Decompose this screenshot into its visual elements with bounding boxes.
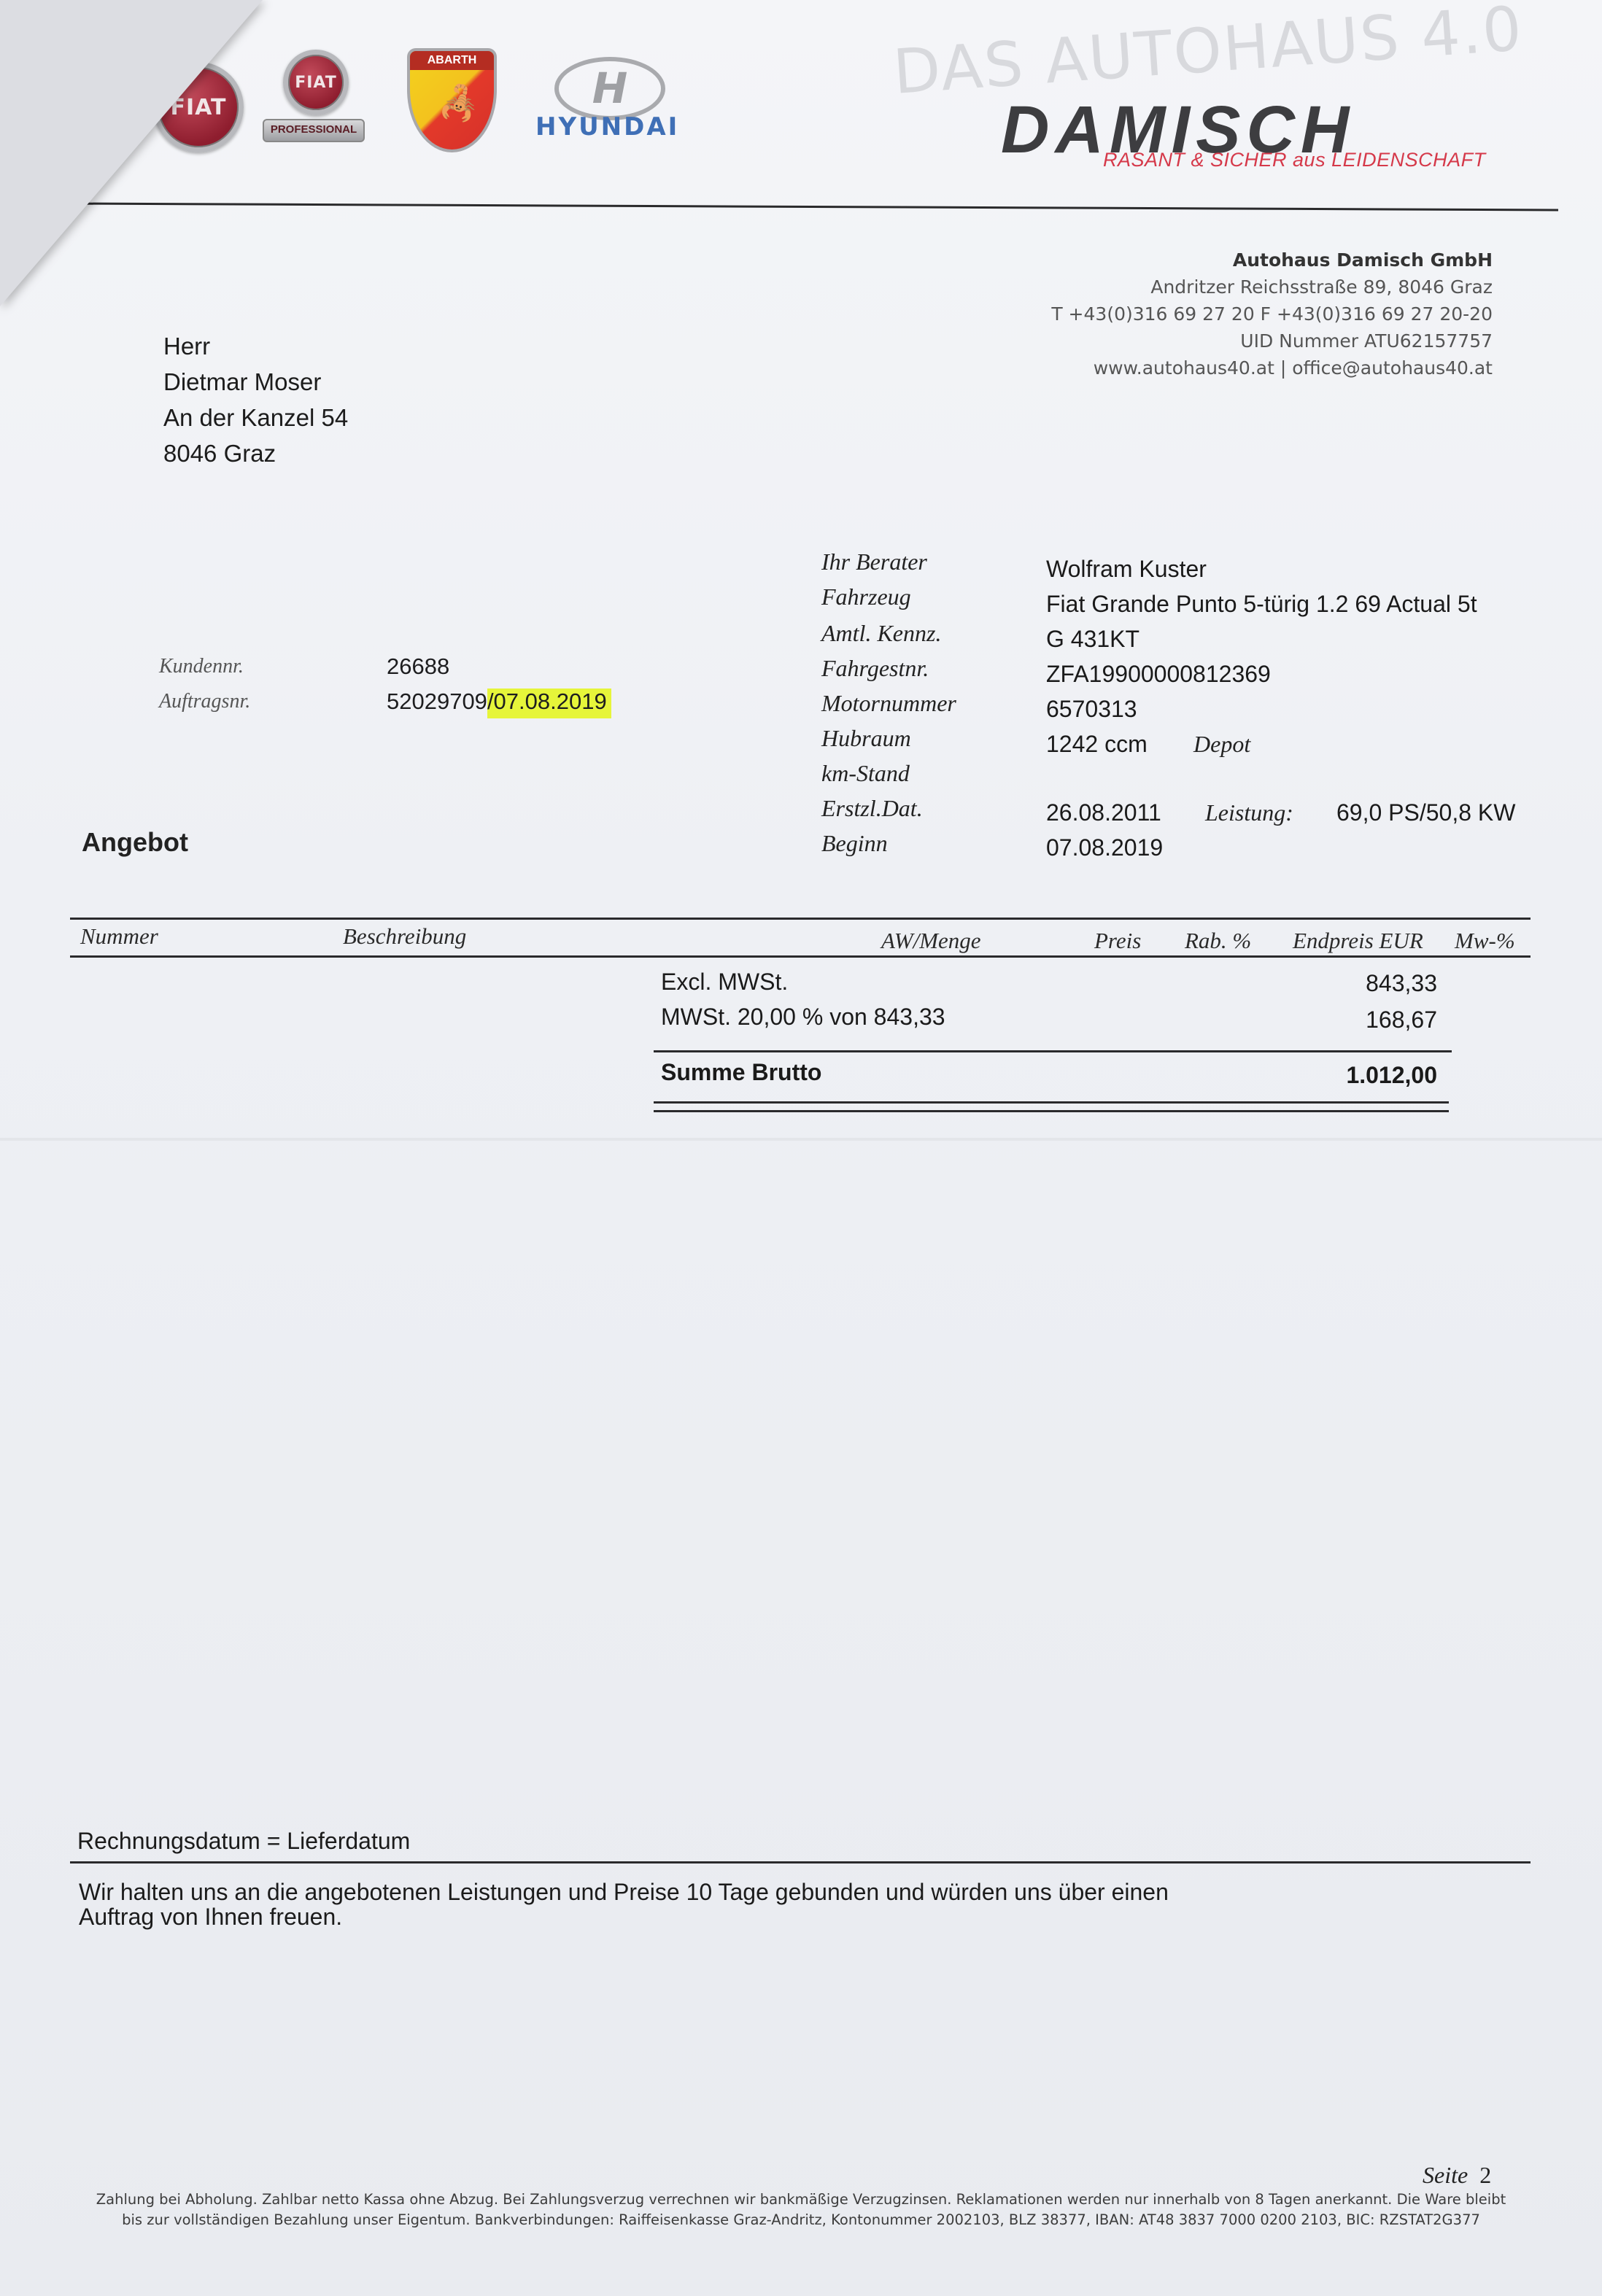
company-web-email: www.autohaus40.at | office@autohaus40.at — [1051, 354, 1493, 381]
brand-slogan: RASANT & SICHER aus LEIDENSCHAFT — [1103, 149, 1486, 171]
hyundai-emblem-icon: H — [554, 57, 665, 120]
notes-rule — [70, 1861, 1531, 1863]
erstzulassung-label: Erstzl.Dat. — [821, 795, 923, 822]
header-divider — [70, 203, 1558, 212]
sum-top-rule — [654, 1050, 1452, 1052]
kennzeichen-value: G 431KT — [1046, 626, 1139, 653]
fahrzeug-value: Fiat Grande Punto 5-türig 1.2 69 Actual … — [1046, 591, 1477, 618]
company-address: Andritzer Reichsstraße 89, 8046 Graz — [1051, 274, 1493, 300]
recipient-street: An der Kanzel 54 — [163, 400, 348, 435]
sum-double-rule-2 — [654, 1110, 1449, 1112]
abarth-logo: ABARTH 🦂 — [407, 48, 497, 152]
km-stand-label: km-Stand — [821, 760, 910, 787]
berater-label: Ihr Berater — [821, 548, 927, 575]
sum-label: Summe Brutto — [661, 1059, 821, 1086]
company-phone-fax: T +43(0)316 69 27 20 F +43(0)316 69 27 2… — [1051, 300, 1493, 327]
erstzulassung-value: 26.08.2011 — [1046, 799, 1161, 826]
col-endpreis: Endpreis EUR — [1293, 928, 1423, 954]
hyundai-logo-text: HYUNDAI — [535, 112, 679, 141]
kundennr-label: Kundennr. — [159, 655, 244, 678]
sum-double-rule-1 — [654, 1101, 1449, 1104]
vat-value: 168,67 — [1218, 1007, 1437, 1033]
fahrgestnr-label: Fahrgestnr. — [821, 655, 929, 682]
col-menge: AW/Menge — [881, 928, 981, 954]
net-value: 843,33 — [1218, 970, 1437, 997]
vat-label: MWSt. 20,00 % von 843,33 — [661, 1004, 945, 1031]
footer-line-2: bis zur vollständigen Bezahlung unser Ei… — [44, 2210, 1558, 2230]
col-beschreibung: Beschreibung — [343, 923, 466, 950]
footer-line-1: Zahlung bei Abholung. Zahlbar netto Kass… — [44, 2190, 1558, 2210]
recipient-salutation: Herr — [163, 328, 348, 364]
beginn-label: Beginn — [821, 830, 888, 857]
validity-note-line2: Auftrag von Ihnen freuen. — [79, 1904, 342, 1931]
company-uid: UID Nummer ATU62157757 — [1051, 327, 1493, 354]
footer-terms: Zahlung bei Abholung. Zahlbar netto Kass… — [44, 2190, 1558, 2230]
abarth-label: ABARTH — [410, 51, 494, 70]
scorpion-icon: 🦂 — [438, 83, 479, 123]
kundennr-value: 26688 — [387, 653, 449, 680]
depot-label: Depot — [1193, 731, 1250, 758]
auftragsnr-value: 52029709/07.08.2019 — [387, 689, 611, 715]
fiat-professional-text: FIAT — [295, 74, 337, 92]
folded-corner — [0, 0, 263, 306]
rechnungsdatum-note: Rechnungsdatum = Lieferdatum — [77, 1828, 410, 1855]
document-title: Angebot — [82, 827, 188, 858]
col-nummer: Nummer — [80, 923, 158, 950]
table-header-rule — [70, 955, 1531, 958]
company-info: Autohaus Damisch GmbH Andritzer Reichsst… — [1051, 247, 1493, 381]
leistung-value: 69,0 PS/50,8 KW — [1336, 799, 1515, 826]
fahrzeug-label: Fahrzeug — [821, 583, 911, 610]
validity-note-line1: Wir halten uns an die angebotenen Leistu… — [79, 1879, 1169, 1906]
motornummer-label: Motornummer — [821, 690, 956, 717]
col-preis: Preis — [1094, 928, 1141, 954]
net-label: Excl. MWSt. — [661, 969, 788, 996]
page-number: Seite 2 — [1423, 2162, 1491, 2189]
sum-value: 1.012,00 — [1218, 1062, 1437, 1089]
auftragsnr-date-highlight: /07.08.2019 — [487, 689, 611, 718]
company-name: Autohaus Damisch GmbH — [1051, 247, 1493, 274]
recipient-address: Herr Dietmar Moser An der Kanzel 54 8046… — [163, 328, 348, 471]
motornummer-value: 6570313 — [1046, 696, 1137, 723]
kennzeichen-label: Amtl. Kennz. — [821, 620, 941, 647]
beginn-value: 07.08.2019 — [1046, 834, 1163, 861]
auftragsnr-number: 52029709 — [387, 689, 487, 714]
leistung-label: Leistung: — [1205, 799, 1293, 826]
page-value: 2 — [1479, 2162, 1491, 2188]
fahrgestnr-value: ZFA19900000812369 — [1046, 661, 1271, 688]
page-label: Seite — [1423, 2162, 1468, 2188]
col-rabatt: Rab. % — [1185, 928, 1251, 954]
recipient-city: 8046 Graz — [163, 435, 348, 471]
fiat-professional-logo: FIAT — [283, 50, 349, 115]
berater-value: Wolfram Kuster — [1046, 556, 1207, 583]
professional-label: PROFESSIONAL — [263, 119, 365, 142]
recipient-name: Dietmar Moser — [163, 364, 348, 400]
paper-crease — [0, 1138, 1602, 1141]
auftragsnr-label: Auftragsnr. — [159, 690, 250, 713]
col-mwst: Mw-% — [1455, 928, 1515, 954]
hubraum-label: Hubraum — [821, 725, 911, 752]
table-top-rule — [70, 918, 1531, 920]
hubraum-value: 1242 ccm — [1046, 731, 1148, 758]
